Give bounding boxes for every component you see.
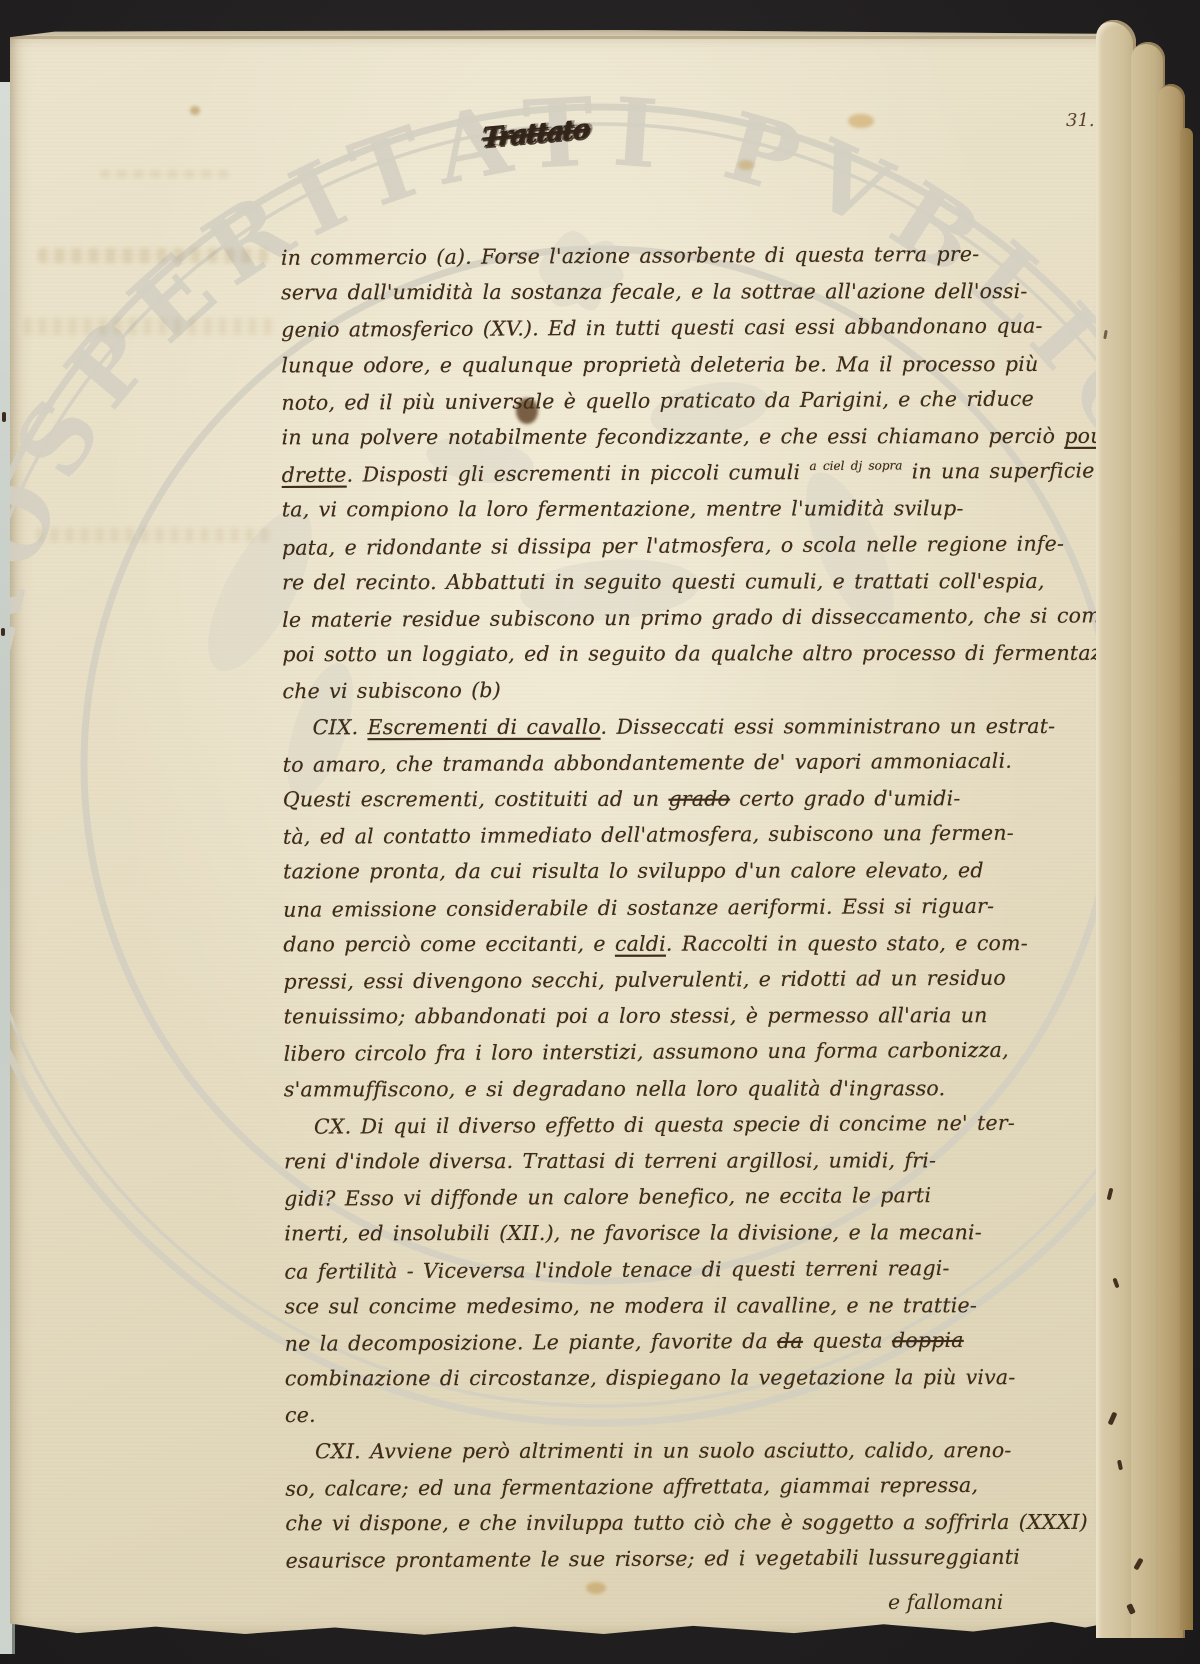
manuscript-line: ne la decomposizione. Le piante, favorit… (285, 1330, 964, 1354)
manuscript-line: ca fertilità - Viceversa l'indole tenace… (284, 1258, 949, 1282)
manuscript-line: pressi, essi divengono secchi, pulverule… (283, 968, 1005, 993)
manuscript-text-segment: combinazione di circostanze, dispiegano … (285, 1365, 1016, 1390)
manuscript-text-segment: . Raccolti in questo stato, e com- (666, 931, 1028, 956)
manuscript-line: to amaro, che tramanda abbondantemente d… (283, 750, 1012, 775)
manuscript-text-segment: che vi dispone, e che inviluppa tutto ci… (285, 1510, 1088, 1535)
manuscript-text-segment: re del recinto. Abbattuti in seguito que… (282, 569, 1045, 594)
manuscript-line: tenuissimo; abbandonati poi a loro stess… (284, 1005, 988, 1027)
manuscript-text-segment: drette (282, 463, 347, 487)
manuscript-line: gidi? Esso vi diffonde un calore benefic… (284, 1185, 931, 1209)
manuscript-text-segment: poi sotto un loggiato, ed in seguito da … (282, 641, 1197, 667)
manuscript-line: pata, e ridondante si dissipa per l'atmo… (282, 533, 1064, 558)
manuscript-text-segment: una emissione considerabile di sostanze … (283, 893, 994, 921)
manuscript-line: che vi dispone, e che inviluppa tutto ci… (285, 1512, 1088, 1534)
ink-speck (2, 412, 6, 422)
manuscript-text-segment: CIX. (313, 715, 368, 739)
manuscript-text-segment: che vi subiscono (b) (282, 678, 501, 703)
manuscript-line: dano perciò come eccitanti, e caldi. Rac… (283, 933, 1027, 955)
fore-edge-leaf (1096, 20, 1136, 1638)
manuscript-text-segment: CXI. Avviene però altrimenti in un suolo… (315, 1438, 1011, 1463)
manuscript-text-segment: CX. Di qui il diverso effetto di questa … (314, 1111, 1015, 1139)
manuscript-text-segment: in una polvere notabilmente fecondizzant… (282, 424, 1065, 449)
manuscript-line: che vi subiscono (b) (282, 680, 501, 702)
manuscript-text-segment: so, calcare; ed una fermentazione affret… (285, 1473, 978, 1501)
manuscript-line: ta, vi compiono la loro fermentazione, m… (282, 499, 964, 521)
manuscript-text-segment: pressi, essi divengono secchi, pulverule… (283, 966, 1005, 994)
text-block: in commercio (a). Forse l'azione assorbe… (7, 28, 1133, 1644)
manuscript-line: ce. (285, 1405, 316, 1426)
manuscript-line: combinazione di circostanze, dispiegano … (285, 1367, 1016, 1389)
manuscript-text-segment: Questi escrementi, costituiti ad un (283, 787, 669, 812)
manuscript-text-segment: lunque odore, e qualunque proprietà dele… (281, 352, 1038, 377)
ink-speck (1, 628, 5, 636)
manuscript-text-segment: . Disseccati essi somministrano un estra… (601, 714, 1056, 739)
manuscript-text-segment: ta, vi compiono la loro fermentazione, m… (282, 497, 964, 522)
manuscript-line: lunque odore, e qualunque proprietà dele… (281, 354, 1038, 376)
catchword: e fallomani (888, 1590, 1003, 1614)
manuscript-text-segment: a ciel dj sopra (809, 459, 902, 474)
manuscript-text-segment: s'ammuffiscono, e si degradano nella lor… (284, 1076, 945, 1101)
manuscript-text-segment: le materie residue subiscono un primo gr… (282, 603, 1133, 632)
manuscript-text-segment: ne la decomposizione. Le piante, favorit… (285, 1329, 778, 1356)
manuscript-text-segment: certo grado d'umidi- (730, 786, 960, 810)
manuscript-line: CIX. Escrementi di cavallo. Disseccati e… (313, 716, 1056, 738)
manuscript-page: PROSPERITATI PVBLICAE Trattato 31. in co… (10, 30, 1130, 1642)
manuscript-text-segment: pata, e ridondante si dissipa per l'atmo… (282, 531, 1064, 559)
manuscript-line: le materie residue subiscono un primo gr… (282, 605, 1133, 630)
manuscript-text-segment: dano perciò come eccitanti, e (283, 932, 615, 957)
manuscript-line: s'ammuffiscono, e si degradano nella lor… (284, 1078, 945, 1100)
manuscript-text-segment: questa (803, 1328, 892, 1352)
manuscript-line: tazione pronta, da cui risulta lo svilup… (283, 861, 984, 883)
manuscript-line: serva dall'umidità la sostanza fecale, e… (281, 281, 1027, 303)
manuscript-line: drette. Disposti gli escrementi in picco… (282, 460, 1182, 486)
manuscript-line: genio atmosferico (XV.). Ed in tutti que… (281, 316, 1043, 341)
manuscript-text-segment: . Disposti gli escrementi in piccoli cum… (347, 460, 810, 487)
manuscript-text-segment: serva dall'umidità la sostanza fecale, e… (281, 279, 1027, 304)
manuscript-text-segment: sce sul concime medesimo, ne modera il c… (285, 1293, 977, 1318)
manuscript-line: inerti, ed insolubili (XII.), ne favoris… (284, 1223, 982, 1245)
manuscript-text-segment: tazione pronta, da cui risulta lo svilup… (283, 859, 984, 884)
manuscript-text-segment: noto, ed il più universale è quello prat… (281, 386, 1034, 414)
manuscript-text-segment: gidi? Esso vi diffonde un calore benefic… (284, 1183, 931, 1211)
manuscript-text-segment: grado (668, 787, 730, 811)
fore-edge-leaf (1180, 128, 1193, 1630)
manuscript-line: reni d'indole diversa. Trattasi di terre… (284, 1150, 936, 1172)
manuscript-text-segment: to amaro, che tramanda abbondantemente d… (283, 748, 1012, 776)
manuscript-text-segment: tenuissimo; abbandonati poi a loro stess… (284, 1003, 988, 1028)
manuscript-line: CXI. Avviene però altrimenti in un suolo… (315, 1440, 1011, 1462)
manuscript-text-segment: esaurisce prontamente le sue risorse; ed… (285, 1545, 1020, 1573)
manuscript-text-segment: caldi (615, 931, 666, 955)
manuscript-text-segment: tà, ed al contatto immediato dell'atmosf… (283, 821, 1014, 849)
manuscript-text-segment: inerti, ed insolubili (XII.), ne favoris… (284, 1221, 982, 1246)
manuscript-line: re del recinto. Abbattuti in seguito que… (282, 571, 1045, 593)
manuscript-line: CX. Di qui il diverso effetto di questa … (314, 1113, 1015, 1137)
manuscript-scan: PROSPERITATI PVBLICAE Trattato 31. in co… (0, 0, 1200, 1664)
manuscript-line: so, calcare; ed una fermentazione affret… (285, 1475, 978, 1499)
manuscript-text-segment: ce. (285, 1403, 316, 1427)
manuscript-text-segment: in commercio (a). Forse l'azione assorbe… (281, 242, 979, 270)
manuscript-line: poi sotto un loggiato, ed in seguito da … (282, 643, 1197, 665)
manuscript-text-segment: genio atmosferico (XV.). Ed in tutti que… (281, 314, 1043, 342)
manuscript-text-segment: ca fertilità - Viceversa l'indole tenace… (284, 1256, 949, 1284)
manuscript-text-segment: reni d'indole diversa. Trattasi di terre… (284, 1148, 936, 1173)
manuscript-line: una emissione considerabile di sostanze … (283, 895, 994, 919)
manuscript-line: in commercio (a). Forse l'azione assorbe… (281, 244, 979, 268)
manuscript-line: noto, ed il più universale è quello prat… (281, 388, 1034, 413)
manuscript-line: sce sul concime medesimo, ne modera il c… (285, 1295, 977, 1317)
manuscript-text-segment: Escrementi di cavallo (368, 714, 601, 738)
manuscript-text-segment: doppia (892, 1328, 964, 1352)
manuscript-text-segment: libero circolo fra i loro interstizi, as… (284, 1038, 1009, 1066)
manuscript-line: Questi escrementi, costituiti ad un grad… (283, 788, 961, 810)
manuscript-line: esaurisce prontamente le sue risorse; ed… (285, 1547, 1020, 1572)
manuscript-line: libero circolo fra i loro interstizi, as… (284, 1040, 1009, 1065)
manuscript-line: in una polvere notabilmente fecondizzant… (282, 426, 1111, 448)
manuscript-line: tà, ed al contatto immediato dell'atmosf… (283, 823, 1014, 848)
manuscript-text-segment: da (777, 1329, 803, 1353)
